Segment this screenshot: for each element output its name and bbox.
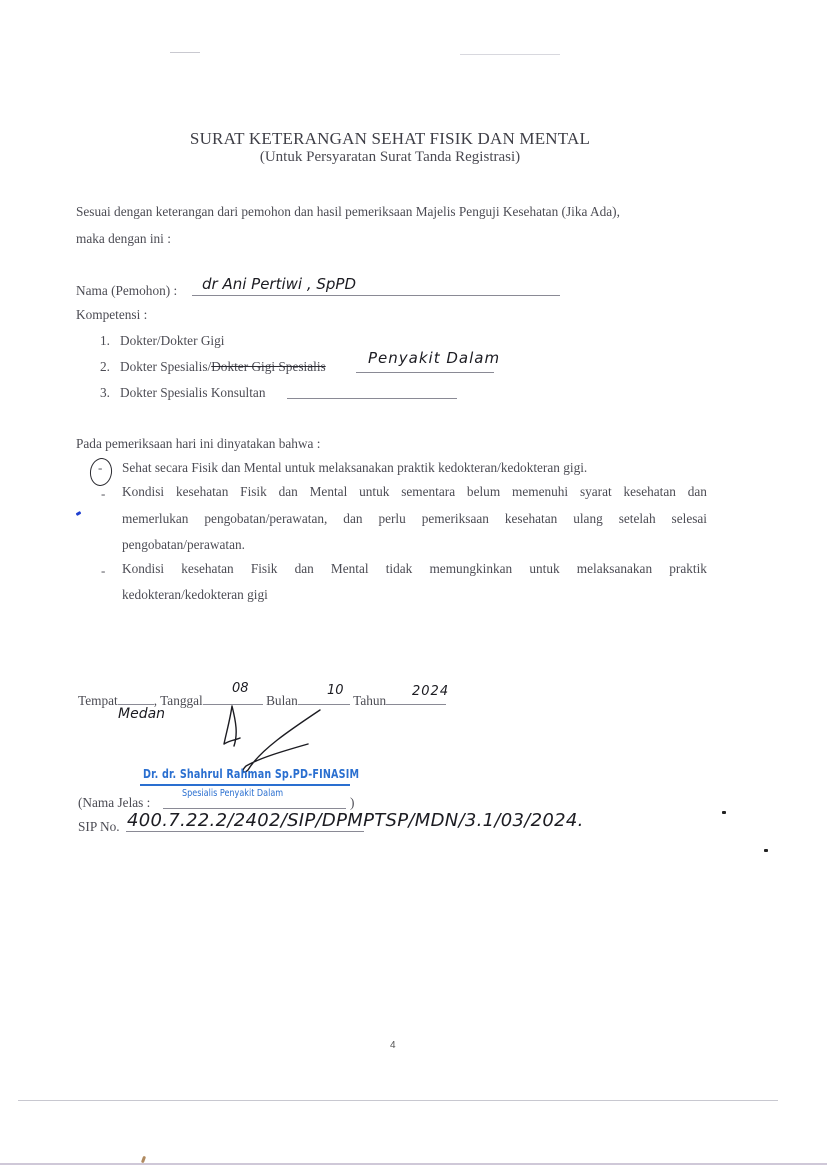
option-2-line-3: pengobatan/perawatan. <box>122 537 245 553</box>
competence-item-1: 1. Dokter/Dokter Gigi <box>100 333 224 349</box>
competence-text: Dokter/Dokter Gigi <box>120 333 225 348</box>
applicant-field[interactable]: dr Ani Pertiwi , SpPD <box>192 279 560 296</box>
word: kesehatan <box>176 484 228 500</box>
option-2-line-1: KondisikesehatanFisikdanMentaluntuksemen… <box>122 484 707 500</box>
year-value: 2024 <box>412 684 449 699</box>
competence-num: 1. <box>100 333 110 348</box>
document-title: SURAT KETERANGAN SEHAT FISIK DAN MENTAL <box>0 129 780 149</box>
word: praktik <box>669 561 707 577</box>
sip-value: 400.7.22.2/2402/SIP/DPMPTSP/MDN/3.1/03/2… <box>127 810 584 831</box>
word: memenuhi <box>512 484 568 500</box>
word: dan <box>688 484 707 500</box>
word: setelah <box>619 511 656 527</box>
intro-line-1: Sesuai dengan keterangan dari pemohon da… <box>76 204 620 220</box>
option-2-line-2: memerlukanpengobatan/perawatan,danperlup… <box>122 511 707 527</box>
word: memerlukan <box>122 511 188 527</box>
stamp-name: Dr. dr. Shahrul Rahman Sp.PD-FINASIM <box>143 767 359 781</box>
word: sementara <box>401 484 455 500</box>
scan-speck <box>722 811 726 814</box>
place-label: Tempat <box>78 693 118 708</box>
examination-intro: Pada pemeriksaan hari ini dinyatakan bah… <box>76 436 320 452</box>
document-subtitle: (Untuk Persyaratan Surat Tanda Registras… <box>0 149 780 166</box>
word: dan <box>295 561 314 577</box>
applicant-label: Nama (Pemohon) : <box>76 283 177 299</box>
word: belum <box>467 484 500 500</box>
word: Mental <box>310 484 348 500</box>
word: memungkinkan <box>429 561 512 577</box>
sip-label: SIP No. <box>78 819 120 835</box>
pen-mark <box>76 511 82 516</box>
word: tidak <box>386 561 413 577</box>
scan-edge-line <box>0 1163 827 1165</box>
scan-mark <box>460 54 560 55</box>
word: pengobatan/perawatan, <box>204 511 327 527</box>
specialty-value: Penyakit Dalam <box>368 349 500 367</box>
consultant-field[interactable] <box>287 384 457 399</box>
word: Mental <box>331 561 369 577</box>
word: syarat <box>580 484 612 500</box>
scan-mark <box>170 52 200 53</box>
month-value: 10 <box>327 683 344 698</box>
competence-num: 2. <box>100 359 110 374</box>
competence-label: Kompetensi : <box>76 307 147 323</box>
scan-speck <box>764 849 768 852</box>
name-field[interactable] <box>163 794 346 809</box>
stamp-underline <box>140 784 350 786</box>
word: Kondisi <box>122 561 164 577</box>
word: selesai <box>672 511 707 527</box>
place-value: Medan <box>118 706 165 722</box>
word: untuk <box>529 561 559 577</box>
word: kesehatan <box>624 484 676 500</box>
scan-edge-line <box>18 1100 778 1101</box>
competence-item-3: 3. Dokter Spesialis Konsultan <box>100 385 265 401</box>
word: kesehatan <box>505 511 557 527</box>
word: dan <box>343 511 362 527</box>
word: ulang <box>573 511 603 527</box>
option-3-marker[interactable]: - <box>101 563 105 579</box>
page-number: 4 <box>390 1040 396 1051</box>
competence-num: 3. <box>100 385 110 400</box>
intro-line-2: maka dengan ini : <box>76 231 171 247</box>
competence-text: Dokter Spesialis/ <box>120 359 211 374</box>
competence-item-2: 2. Dokter Spesialis/Dokter Gigi Spesiali… <box>100 359 326 375</box>
word: untuk <box>359 484 389 500</box>
option-3-line-1: KondisikesehatanFisikdanMentaltidakmemun… <box>122 561 707 577</box>
name-close: ) <box>350 795 354 811</box>
word: pemeriksaan <box>422 511 489 527</box>
word: melaksanakan <box>577 561 652 577</box>
word: perlu <box>378 511 405 527</box>
document-page: SURAT KETERANGAN SEHAT FISIK DAN MENTAL … <box>0 0 827 1169</box>
word: dan <box>279 484 298 500</box>
competence-struck-text: Dokter Gigi Spesialis <box>211 359 326 374</box>
competence-text: Dokter Spesialis Konsultan <box>120 385 266 400</box>
word: Fisik <box>251 561 278 577</box>
option-1-text: Sehat secara Fisik dan Mental untuk mela… <box>122 460 587 476</box>
applicant-value: dr Ani Pertiwi , SpPD <box>202 275 356 293</box>
word: Kondisi <box>122 484 164 500</box>
option-1-marker[interactable]: - <box>98 460 102 476</box>
place-field[interactable] <box>118 690 154 705</box>
name-label: (Nama Jelas : <box>78 795 150 811</box>
date-value: 08 <box>232 681 249 696</box>
word: Fisik <box>240 484 267 500</box>
option-2-marker[interactable]: - <box>101 486 105 502</box>
option-3-line-2: kedokteran/kedokteran gigi <box>122 587 268 603</box>
word: kesehatan <box>181 561 233 577</box>
